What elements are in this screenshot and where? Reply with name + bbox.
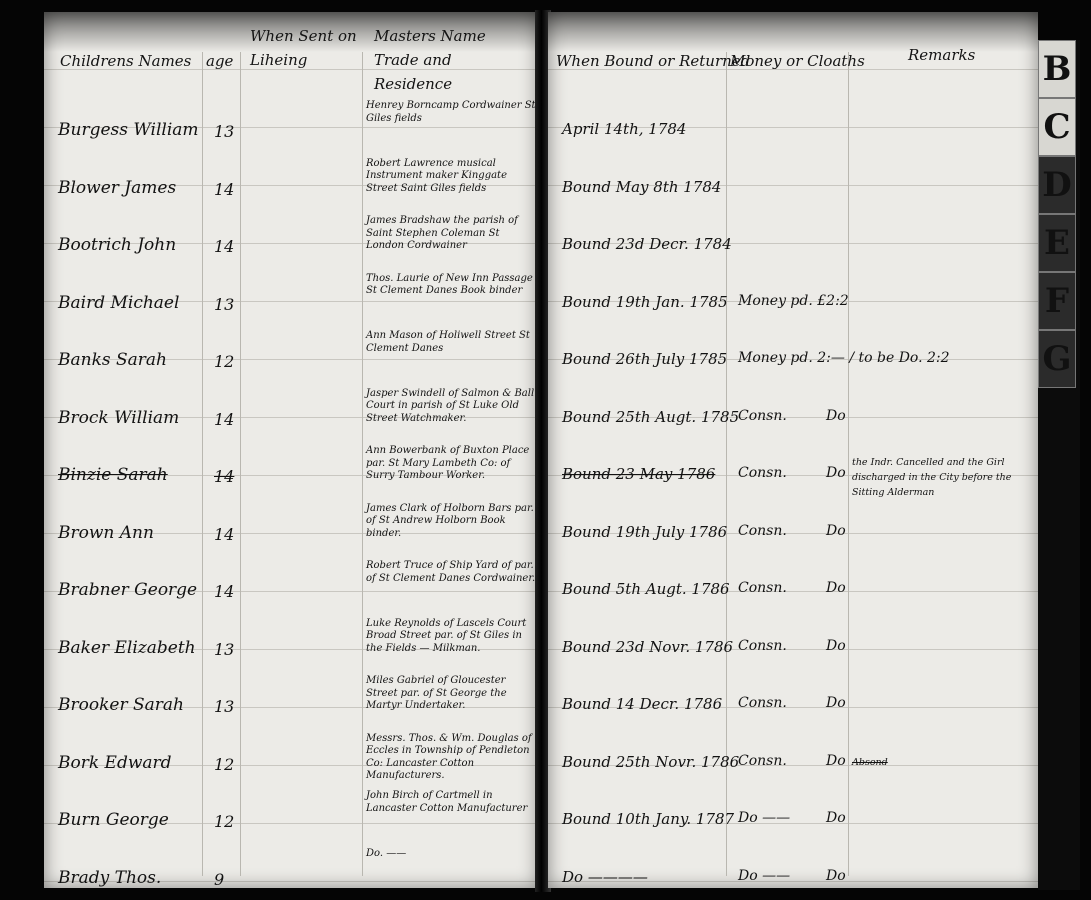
bound-date: Bound 26th July 1785	[562, 350, 727, 368]
money-or-cloaths: Consn.	[738, 638, 787, 654]
table-row: Bound 25th Augt. 1785Consn.Do	[548, 388, 1038, 446]
table-row: Bound 10th Jany. 1787Do ——Do	[548, 790, 1038, 848]
index-tab-c[interactable]: C	[1038, 98, 1076, 156]
master-details: James Clark of Holborn Bars par. of St A…	[366, 503, 536, 541]
bound-date: Bound May 8th 1784	[562, 178, 721, 196]
child-name: Brady Thos.	[58, 868, 161, 888]
child-age: 13	[214, 640, 234, 659]
master-details: Luke Reynolds of Lascels Court Broad Str…	[366, 618, 536, 656]
ditto-mark: Do	[826, 695, 846, 711]
table-row: Baker Elizabeth13Luke Reynolds of Lascel…	[44, 618, 538, 676]
child-name: Brooker Sarah	[58, 695, 184, 715]
master-details: Miles Gabriel of Gloucester Street par. …	[366, 675, 536, 713]
table-row: Brabner George14Robert Truce of Ship Yar…	[44, 560, 538, 618]
bound-date: Bound 19th Jan. 1785	[562, 293, 728, 311]
bound-date: Bound 5th Augt. 1786	[562, 580, 730, 598]
bound-date: Bound 23d Decr. 1784	[562, 235, 732, 253]
index-tab-d[interactable]: D	[1038, 156, 1076, 214]
money-or-cloaths: Consn.	[738, 523, 787, 539]
money-or-cloaths: Consn.	[738, 408, 787, 424]
child-age: 12	[214, 755, 234, 774]
header-remarks: Remarks	[908, 46, 975, 64]
table-row: Bound 26th July 1785Money pd. 2:— / to b…	[548, 330, 1038, 388]
table-row: Bound May 8th 1784	[548, 158, 1038, 216]
child-age: 9	[214, 870, 224, 889]
money-or-cloaths: Consn.	[738, 465, 787, 481]
ditto-mark: Do	[826, 408, 846, 424]
header-age: age	[206, 52, 233, 70]
ditto-mark: Do	[826, 523, 846, 539]
table-row: Brown Ann14James Clark of Holborn Bars p…	[44, 503, 538, 561]
table-row: Bound 23d Novr. 1786Consn.Do	[548, 618, 1038, 676]
bound-date: Do ————	[562, 868, 648, 886]
child-age: 14	[214, 180, 234, 199]
bound-date: Bound 19th July 1786	[562, 523, 727, 541]
money-or-cloaths: Consn.	[738, 580, 787, 596]
master-details: John Birch of Cartmell in Lancaster Cott…	[366, 790, 536, 815]
child-name: Brock William	[58, 408, 179, 428]
table-row: Bound 19th July 1786Consn.Do	[548, 503, 1038, 561]
child-age: 14	[214, 582, 234, 601]
index-tab-g[interactable]: G	[1038, 330, 1076, 388]
table-row: Bound 25th Novr. 1786Consn.DoAbsond	[548, 733, 1038, 791]
table-row: Bound 5th Augt. 1786Consn.Do	[548, 560, 1038, 618]
index-tab-e[interactable]: E	[1038, 214, 1076, 272]
table-row: Binzie Sarah14Ann Bowerbank of Buxton Pl…	[44, 445, 538, 503]
remark: Absond	[852, 755, 1032, 770]
money-or-cloaths: Money pd. £2:2	[738, 293, 849, 309]
child-age: 12	[214, 812, 234, 831]
child-name: Bootrich John	[58, 235, 176, 255]
header-childrens-names: Childrens Names	[60, 52, 191, 70]
index-tab-b[interactable]: B	[1038, 40, 1076, 98]
master-details: Henrey Borncamp Cordwainer St Giles fiel…	[366, 100, 536, 125]
table-row: Burn George12John Birch of Cartmell in L…	[44, 790, 538, 848]
bound-date: Bound 23d Novr. 1786	[562, 638, 733, 656]
money-or-cloaths: Do ——	[738, 810, 790, 826]
master-details: James Bradshaw the parish of Saint Steph…	[366, 215, 536, 253]
master-details: Robert Truce of Ship Yard of par. of St …	[366, 560, 536, 585]
ledger-spread: Childrens Names age When Sent on Liheing…	[0, 0, 1091, 900]
ditto-mark: Do	[826, 753, 846, 769]
right-page: When Bound or Returned Money or Cloaths …	[548, 12, 1038, 888]
child-name: Brabner George	[58, 580, 197, 600]
bound-date: Bound 10th Jany. 1787	[562, 810, 734, 828]
table-row: Bork Edward12Messrs. Thos. & Wm. Douglas…	[44, 733, 538, 791]
table-row: Brock William14Jasper Swindell of Salmon…	[44, 388, 538, 446]
master-details: Messrs. Thos. & Wm. Douglas of Eccles in…	[366, 733, 536, 783]
child-name: Baker Elizabeth	[58, 638, 196, 658]
bound-date: Bound 14 Decr. 1786	[562, 695, 722, 713]
header-when-bound: When Bound or Returned	[556, 52, 750, 70]
table-row: Brady Thos.9Do. ——	[44, 848, 538, 900]
master-details: Thos. Laurie of New Inn Passage St Cleme…	[366, 273, 536, 298]
money-or-cloaths: Consn.	[738, 695, 787, 711]
child-age: 14	[214, 410, 234, 429]
child-name: Baird Michael	[58, 293, 179, 313]
child-age: 13	[214, 122, 234, 141]
header-master: Masters Name Trade and Residence	[374, 24, 534, 96]
table-row: Brooker Sarah13Miles Gabriel of Gloucest…	[44, 675, 538, 733]
master-details: Jasper Swindell of Salmon & Ball Court i…	[366, 388, 536, 426]
ditto-mark: Do	[826, 638, 846, 654]
master-details: Do. ——	[366, 848, 536, 861]
ditto-mark: Do	[826, 810, 846, 826]
child-name: Banks Sarah	[58, 350, 167, 370]
master-details: Ann Mason of Holiwell Street St Clement …	[366, 330, 536, 355]
master-details: Robert Lawrence musical Instrument maker…	[366, 158, 536, 196]
bound-date: Bound 25th Augt. 1785	[562, 408, 739, 426]
child-age: 14	[214, 237, 234, 256]
remark: the Indr. Cancelled and the Girl dischar…	[852, 455, 1032, 500]
bound-date: Bound 23 May 1786	[562, 465, 715, 483]
child-name: Burn George	[58, 810, 169, 830]
table-row: Bound 19th Jan. 1785Money pd. £2:2	[548, 273, 1038, 331]
table-row: Bound 23d Decr. 1784	[548, 215, 1038, 273]
table-row: Bound 14 Decr. 1786Consn.Do	[548, 675, 1038, 733]
master-details: Ann Bowerbank of Buxton Place par. St Ma…	[366, 445, 536, 483]
child-name: Bork Edward	[58, 753, 172, 773]
table-row: Bound 23 May 1786Consn.Dothe Indr. Cance…	[548, 445, 1038, 503]
index-tab-f[interactable]: F	[1038, 272, 1076, 330]
child-name: Blower James	[58, 178, 176, 198]
child-name: Brown Ann	[58, 523, 154, 543]
ditto-mark: Do	[826, 868, 846, 884]
ditto-mark: Do	[826, 580, 846, 596]
bound-date: April 14th, 1784	[562, 120, 686, 138]
child-age: 14	[214, 467, 234, 486]
ditto-mark: Do	[826, 465, 846, 481]
child-age: 13	[214, 295, 234, 314]
table-row: Do ————Do ——Do	[548, 848, 1038, 900]
table-row: April 14th, 1784	[548, 100, 1038, 158]
header-liking: When Sent on Liheing	[250, 24, 360, 72]
child-age: 14	[214, 525, 234, 544]
child-name: Binzie Sarah	[58, 465, 168, 485]
money-or-cloaths: Consn.	[738, 753, 787, 769]
table-row: Banks Sarah12Ann Mason of Holiwell Stree…	[44, 330, 538, 388]
bound-date: Bound 25th Novr. 1786	[562, 753, 739, 771]
table-row: Baird Michael13Thos. Laurie of New Inn P…	[44, 273, 538, 331]
child-age: 12	[214, 352, 234, 371]
table-row: Blower James14Robert Lawrence musical In…	[44, 158, 538, 216]
child-name: Burgess William	[58, 120, 199, 140]
index-tabs: BCDEFG	[1038, 40, 1080, 890]
child-age: 13	[214, 697, 234, 716]
table-row: Bootrich John14James Bradshaw the parish…	[44, 215, 538, 273]
left-page: Childrens Names age When Sent on Liheing…	[44, 12, 538, 888]
table-row: Burgess William13Henrey Borncamp Cordwai…	[44, 100, 538, 158]
money-or-cloaths: Money pd. 2:— / to be Do. 2:2	[738, 350, 950, 366]
header-money: Money or Cloaths	[730, 52, 865, 70]
money-or-cloaths: Do ——	[738, 868, 790, 884]
